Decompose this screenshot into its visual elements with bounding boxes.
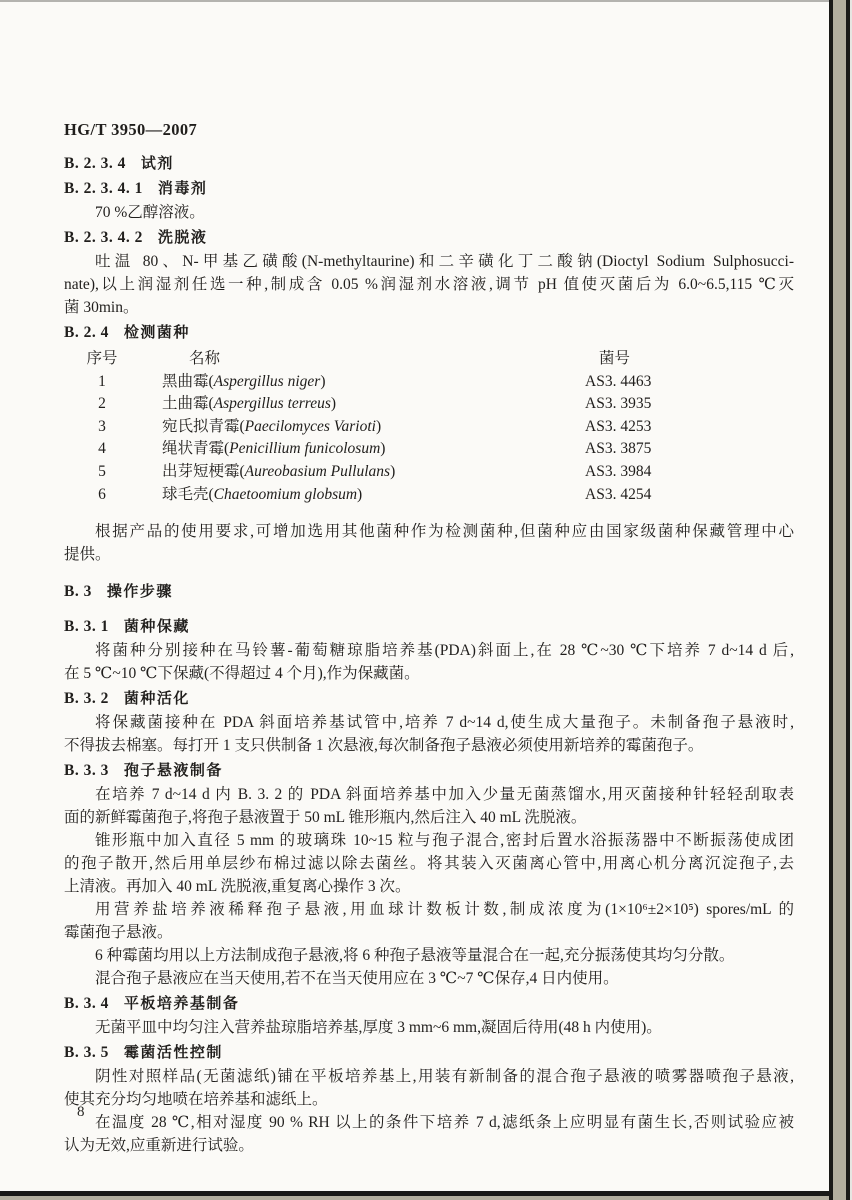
section-heading: B. 2. 3. 4. 1消毒剂	[64, 177, 794, 200]
body-text-line: 面的新鲜霉菌孢子,将孢子悬液置于 50 mL 锥形瓶内,然后注入 40 mL 洗…	[64, 806, 794, 829]
body-text-line: 在 5 ℃~10 ℃下保藏(不得超过 4 个月),作为保藏菌。	[64, 662, 794, 685]
species-name-latin: Chaetoomium globsum	[214, 486, 357, 503]
body-text-line: 吐温 80、N-甲基乙磺酸(N-methyltaurine)和二辛磺化丁二酸钠(…	[64, 250, 794, 273]
body-text-line: 混合孢子悬液应在当天使用,若不在当天使用应在 3 ℃~7 ℃保存,4 日内使用。	[64, 967, 794, 990]
cell-strain-code: AS3. 3875	[585, 438, 651, 461]
heading-number: B. 3. 4	[64, 995, 109, 1012]
cell-serial-number: 1	[80, 371, 124, 394]
body-text-line: 认为无效,应重新进行试验。	[64, 1134, 794, 1157]
body-text-line: 在培养 7 d~14 d 内 B. 3. 2 的 PDA 斜面培养基中加入少量无…	[64, 783, 794, 806]
heading-title: 孢子悬液制备	[124, 762, 223, 779]
species-name-chinese: 出芽短梗霉(	[162, 463, 245, 480]
species-name-latin: Aspergillus niger	[214, 373, 321, 390]
body-text-line: 上清液。再加入 40 mL 洗脱液,重复离心操作 3 次。	[64, 875, 794, 898]
species-name-paren: )	[320, 373, 325, 390]
species-name-chinese: 绳状青霉(	[162, 440, 229, 457]
species-name-paren: )	[357, 486, 362, 503]
heading-number: B. 3. 1	[64, 618, 109, 635]
species-name-paren: )	[376, 418, 381, 435]
species-name-latin: Penicillium funicolosum	[229, 440, 380, 457]
body-text-line: 使其充分均匀地喷在培养基和滤纸上。	[64, 1088, 794, 1111]
section-heading: B. 2. 4检测菌种	[64, 321, 794, 344]
cell-strain-code: AS3. 3935	[585, 393, 651, 416]
standard-number-header: HG/T 3950—2007	[64, 118, 794, 141]
species-name-chinese: 黑曲霉(	[162, 373, 214, 390]
heading-number: B. 2. 3. 4. 1	[64, 180, 143, 197]
body-text-line: 阴性对照样品(无菌滤纸)铺在平板培养基上,用装有新制备的混合孢子悬液的喷雾器喷孢…	[64, 1065, 794, 1088]
heading-number: B. 3	[64, 583, 92, 600]
species-name-latin: Paecilomyces Varioti	[245, 418, 376, 435]
cell-species-name: 宛氏拟青霉(Paecilomyces Varioti)	[162, 416, 381, 439]
section-heading: B. 3. 1菌种保藏	[64, 615, 794, 638]
table-header-row: 序号名称菌号	[64, 348, 794, 371]
species-table: 序号名称菌号1黑曲霉(Aspergillus niger)AS3. 44632土…	[64, 348, 794, 506]
body-text-line: 无菌平皿中均匀注入营养盐琼脂培养基,厚度 3 mm~6 mm,凝固后待用(48 …	[64, 1016, 794, 1039]
species-name-latin: Aureobasium Pullulans	[245, 463, 390, 480]
body-text-line: 在温度 28 ℃,相对湿度 90 % RH 以上的条件下培养 7 d,滤纸条上应…	[64, 1111, 794, 1134]
table-row: 6球毛壳(Chaetoomium globsum)AS3. 4254	[64, 484, 794, 507]
scan-bottom-edge-band	[0, 1196, 829, 1200]
heading-title: 试剂	[141, 155, 174, 172]
section-heading: B. 3. 3孢子悬液制备	[64, 759, 794, 782]
section-heading: B. 3. 2菌种活化	[64, 687, 794, 710]
body-text-line: 将保藏菌接种在 PDA 斜面培养基试管中,培养 7 d~14 d,使生成大量孢子…	[64, 711, 794, 734]
section-heading: B. 3. 5霉菌活性控制	[64, 1041, 794, 1064]
section-heading: B. 3操作步骤	[64, 580, 794, 603]
heading-number: B. 2. 3. 4	[64, 155, 126, 172]
body-text-line: 70 %乙醇溶液。	[64, 201, 794, 224]
heading-title: 平板培养基制备	[124, 995, 240, 1012]
document-content: HG/T 3950—2007 B. 2. 3. 4试剂B. 2. 3. 4. 1…	[64, 118, 794, 1157]
cell-strain-code: AS3. 4463	[585, 371, 651, 394]
cell-species-name: 出芽短梗霉(Aureobasium Pullulans)	[162, 461, 395, 484]
heading-title: 菌种保藏	[124, 618, 190, 635]
heading-number: B. 3. 3	[64, 762, 109, 779]
column-header-name: 名称	[189, 348, 220, 371]
body-text-line: 将菌种分别接种在马铃薯-葡萄糖琼脂培养基(PDA)斜面上,在 28 ℃~30 ℃…	[64, 639, 794, 662]
scan-top-edge-line	[0, 0, 829, 2]
species-name-paren: )	[331, 395, 336, 412]
cell-serial-number: 5	[80, 461, 124, 484]
cell-serial-number: 4	[80, 438, 124, 461]
page-number: 8	[77, 1102, 85, 1122]
heading-title: 消毒剂	[158, 180, 208, 197]
cell-serial-number: 2	[80, 393, 124, 416]
body-text-line: 用营养盐培养液稀释孢子悬液,用血球计数板计数,制成浓度为(1×10⁶±2×10⁵…	[64, 898, 794, 921]
body-text-line: 的孢子散开,然后用单层纱布棉过滤以除去菌丝。将其装入灭菌离心管中,用离心机分离沉…	[64, 852, 794, 875]
heading-number: B. 3. 5	[64, 1044, 109, 1061]
heading-title: 检测菌种	[124, 324, 190, 341]
body-text-line: 不得拔去棉塞。每打开 1 支只供制备 1 次悬液,每次制备孢子悬液必须使用新培养…	[64, 734, 794, 757]
cell-species-name: 绳状青霉(Penicillium funicolosum)	[162, 438, 385, 461]
heading-title: 菌种活化	[124, 690, 190, 707]
scan-right-edge-band	[833, 0, 846, 1200]
body-text-line: 根据产品的使用要求,可增加选用其他菌种作为检测菌种,但菌种应由国家级菌种保藏管理…	[64, 520, 794, 543]
species-name-latin: Aspergillus terreus	[214, 395, 331, 412]
cell-species-name: 黑曲霉(Aspergillus niger)	[162, 371, 325, 394]
body-text-line: 菌 30min。	[64, 296, 794, 319]
table-row: 4绳状青霉(Penicillium funicolosum)AS3. 3875	[64, 438, 794, 461]
table-row: 5出芽短梗霉(Aureobasium Pullulans)AS3. 3984	[64, 461, 794, 484]
heading-number: B. 3. 2	[64, 690, 109, 707]
species-name-paren: )	[380, 440, 385, 457]
heading-title: 霉菌活性控制	[124, 1044, 223, 1061]
column-header-code: 菌号	[599, 348, 630, 371]
species-name-chinese: 宛氏拟青霉(	[162, 418, 245, 435]
heading-number: B. 2. 4	[64, 324, 109, 341]
document-body: B. 2. 3. 4试剂B. 2. 3. 4. 1消毒剂70 %乙醇溶液。B. …	[64, 152, 794, 1157]
scanned-document-page: HG/T 3950—2007 B. 2. 3. 4试剂B. 2. 3. 4. 1…	[0, 0, 852, 1200]
table-row: 2土曲霉(Aspergillus terreus)AS3. 3935	[64, 393, 794, 416]
species-name-chinese: 土曲霉(	[162, 395, 214, 412]
cell-species-name: 球毛壳(Chaetoomium globsum)	[162, 484, 362, 507]
body-text-line: nate),以上润湿剂任选一种,制成含 0.05 %润湿剂水溶液,调节 pH 值…	[64, 273, 794, 296]
cell-serial-number: 3	[80, 416, 124, 439]
heading-number: B. 2. 3. 4. 2	[64, 229, 143, 246]
heading-title: 操作步骤	[107, 583, 173, 600]
section-heading: B. 3. 4平板培养基制备	[64, 992, 794, 1015]
species-name-paren: )	[390, 463, 395, 480]
section-heading: B. 2. 3. 4试剂	[64, 152, 794, 175]
cell-species-name: 土曲霉(Aspergillus terreus)	[162, 393, 336, 416]
body-text-line: 6 种霉菌均用以上方法制成孢子悬液,将 6 种孢子悬液等量混合在一起,充分振荡使…	[64, 944, 794, 967]
table-row: 1黑曲霉(Aspergillus niger)AS3. 4463	[64, 371, 794, 394]
heading-title: 洗脱液	[158, 229, 208, 246]
body-text-line: 锥形瓶中加入直径 5 mm 的玻璃珠 10~15 粒与孢子混合,密封后置水浴振荡…	[64, 829, 794, 852]
cell-strain-code: AS3. 3984	[585, 461, 651, 484]
cell-serial-number: 6	[80, 484, 124, 507]
cell-strain-code: AS3. 4253	[585, 416, 651, 439]
species-name-chinese: 球毛壳(	[162, 486, 214, 503]
column-header-num: 序号	[80, 348, 124, 371]
cell-strain-code: AS3. 4254	[585, 484, 651, 507]
body-text-line: 霉菌孢子悬液。	[64, 921, 794, 944]
section-heading: B. 2. 3. 4. 2洗脱液	[64, 226, 794, 249]
table-row: 3宛氏拟青霉(Paecilomyces Varioti)AS3. 4253	[64, 416, 794, 439]
body-text-line: 提供。	[64, 543, 794, 566]
